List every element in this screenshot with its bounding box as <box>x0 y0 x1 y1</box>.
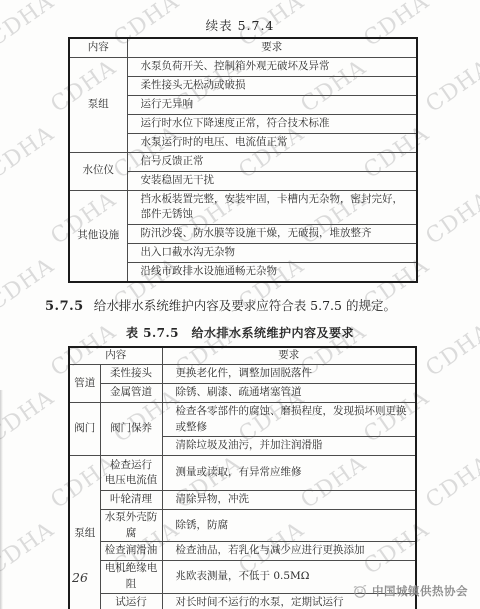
item-label: 柔性接头 <box>100 365 162 384</box>
table-row: 检查润滑油 检查油品，若乳化与减少应进行更换添加 <box>69 542 416 561</box>
header-requirement: 要求 <box>127 38 417 57</box>
item-label: 检查润滑油 <box>100 542 162 561</box>
group-label: 管道 <box>69 365 100 403</box>
document-page: 续表 5.7.4 内容 要求 泵组 水泵负荷开关、控制箱外观无破坏及异常 柔性接… <box>0 0 480 609</box>
cdha-logo-icon <box>352 583 368 599</box>
table-row: 水位仪 信号反馈正常 <box>69 152 417 171</box>
item-label: 电机绝缘电阻 <box>100 561 162 594</box>
requirement-cell: 除锈，防腐 <box>162 509 416 542</box>
table-row: 泵组 检查运行 电压电流值 测量或读取，有异常应维修 <box>69 456 416 491</box>
requirement-cell: 防汛沙袋、防水膜等设施干燥，无破损，堆放整齐 <box>127 225 417 244</box>
requirement-cell: 检查各零部件的腐蚀、磨损程度，发现损坏则更换或整修 <box>162 402 416 437</box>
header-content: 内容 <box>69 347 162 365</box>
table-5-7-4-continued: 内容 要求 泵组 水泵负荷开关、控制箱外观无破坏及异常 柔性接头无松动或破损 运… <box>68 37 418 283</box>
requirement-cell: 水泵负荷开关、控制箱外观无破坏及异常 <box>127 57 417 76</box>
table-row: 阀门 阀门保养 检查各零部件的腐蚀、磨损程度，发现损坏则更换或整修 <box>69 402 416 437</box>
item-label: 检查运行 电压电流值 <box>100 456 162 491</box>
requirement-cell: 水泵运行时的电压、电流值正常 <box>127 133 417 152</box>
table-row: 其他设施 挡水板装置完整，安装牢固，卡槽内无杂物，密封完好，部件无锈蚀 <box>69 190 417 225</box>
table-header-row: 内容 要求 <box>69 347 416 365</box>
requirement-cell: 清除异物，冲洗 <box>162 491 416 510</box>
page-number: 26 <box>72 570 88 585</box>
table-header-row: 内容 要求 <box>69 38 417 57</box>
item-label: 水泵外壳防腐 <box>100 509 162 542</box>
group-label: 阀门 <box>69 402 100 455</box>
continuation-table-title: 续表 5.7.4 <box>0 0 480 37</box>
item-label: 叶轮清理 <box>100 491 162 510</box>
item-label: 金属管道 <box>100 384 162 403</box>
item-label: 阀门保养 <box>100 402 162 455</box>
item-label: 试运行 <box>100 593 162 609</box>
header-requirement: 要求 <box>162 347 416 365</box>
requirement-cell: 安装稳固无干扰 <box>127 171 417 190</box>
table-5-7-5: 内容 要求 管道 柔性接头 更换老化件，调整加固脱落件 金属管道 除锈、刷漆、疏… <box>68 346 417 609</box>
requirement-cell: 测量或读取，有异常应维修 <box>162 456 416 491</box>
table-row: 管道 柔性接头 更换老化件，调整加固脱落件 <box>69 365 416 384</box>
requirement-cell: 沿线市政排水设施通畅无杂物 <box>127 263 417 282</box>
footer-organization: 中国城镇供热协会 <box>352 583 468 599</box>
group-label: 其他设施 <box>69 190 127 282</box>
requirement-cell: 除锈、刷漆、疏通堵塞管道 <box>162 384 416 403</box>
clause-text: 给水排水系统维护内容及要求应符合表 5.7.5 的规定。 <box>94 298 396 313</box>
requirement-cell: 检查油品，若乳化与减少应进行更换添加 <box>162 542 416 561</box>
table-row: 叶轮清理 清除异物，冲洗 <box>69 491 416 510</box>
requirement-cell: 清除垃圾及油污，并加注润滑脂 <box>162 437 416 456</box>
table-5-7-5-caption: 表 5.7.5 给水排水系统维护内容及要求 <box>0 324 480 341</box>
requirement-cell: 挡水板装置完整，安装牢固，卡槽内无杂物，密封完好，部件无锈蚀 <box>127 190 417 225</box>
footer-organization-label: 中国城镇供热协会 <box>372 583 468 599</box>
requirement-cell: 信号反馈正常 <box>127 152 417 171</box>
requirement-cell: 出入口截水沟无杂物 <box>127 244 417 263</box>
requirement-cell: 运行无异响 <box>127 95 417 114</box>
group-label: 水位仪 <box>69 152 127 190</box>
requirement-cell: 更换老化件，调整加固脱落件 <box>162 365 416 384</box>
group-label: 泵组 <box>69 57 127 152</box>
clause-number: 5.7.5 <box>45 299 84 314</box>
requirement-cell: 运行时水位下降速度正常，符合技术标准 <box>127 114 417 133</box>
table-row: 水泵外壳防腐 除锈，防腐 <box>69 509 416 542</box>
header-content: 内容 <box>69 38 127 57</box>
group-label: 泵组 <box>69 456 100 609</box>
requirement-cell: 柔性接头无松动或破损 <box>127 76 417 95</box>
clause-5-7-5: 5.7.5给水排水系统维护内容及要求应符合表 5.7.5 的规定。 <box>45 297 437 316</box>
table-row: 金属管道 除锈、刷漆、疏通堵塞管道 <box>69 384 416 403</box>
table-row: 泵组 水泵负荷开关、控制箱外观无破坏及异常 <box>69 57 417 76</box>
